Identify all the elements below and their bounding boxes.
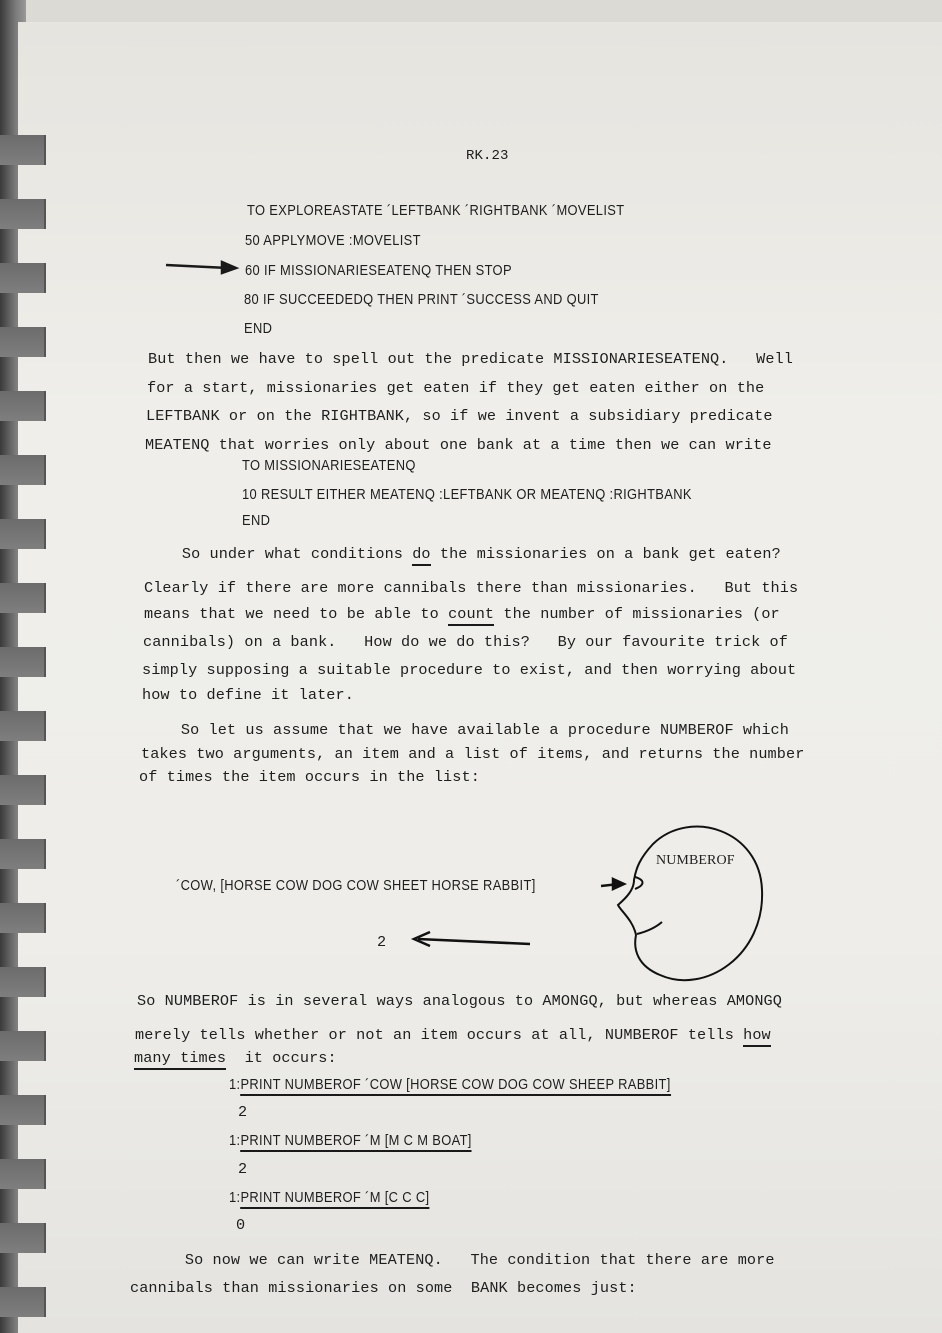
output-arrow-icon xyxy=(414,932,530,946)
margin-arrow-icon xyxy=(166,262,236,273)
input-arrow-icon xyxy=(601,879,624,889)
hand-drawn-annotations xyxy=(0,0,942,1333)
numberof-head-icon xyxy=(618,827,762,981)
